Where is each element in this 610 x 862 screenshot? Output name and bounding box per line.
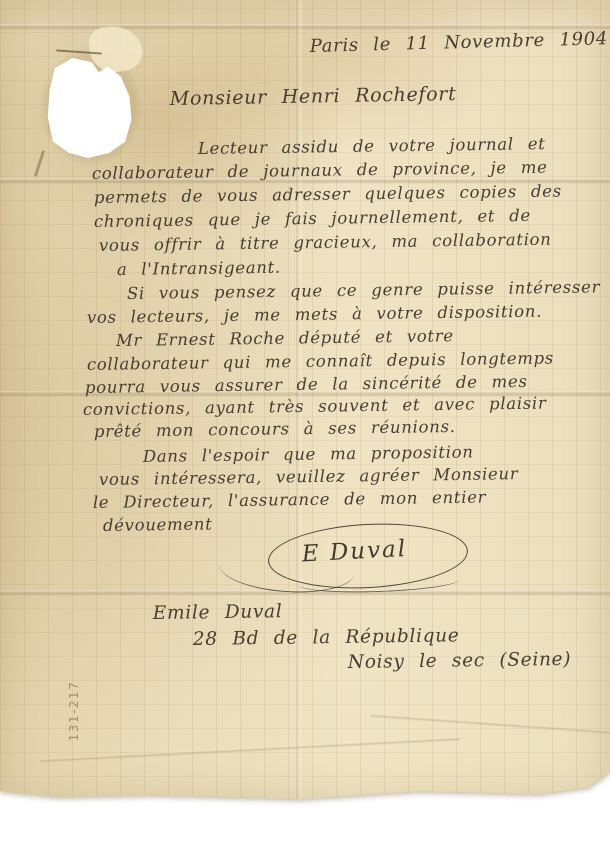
pencil-margin-annotation: 131-217 — [67, 655, 85, 767]
sender-address: 28 Bd de la République — [193, 625, 460, 650]
paper-wrap: Paris le 11 Novembre 1904 Monsieur Henri… — [0, 0, 610, 862]
fold-crease-top — [0, 24, 610, 30]
sender-city: Noisy le sec (Seine) — [348, 649, 572, 673]
sender-name: Emile Duval — [153, 601, 283, 624]
signature: E Duval — [301, 536, 408, 567]
letter-line: a l'Intransigeant. — [117, 258, 281, 279]
scanned-letter: Paris le 11 Novembre 1904 Monsieur Henri… — [0, 0, 610, 862]
letter-paper: Paris le 11 Novembre 1904 Monsieur Henri… — [0, 0, 610, 801]
letter-line: dévouement — [103, 514, 213, 535]
